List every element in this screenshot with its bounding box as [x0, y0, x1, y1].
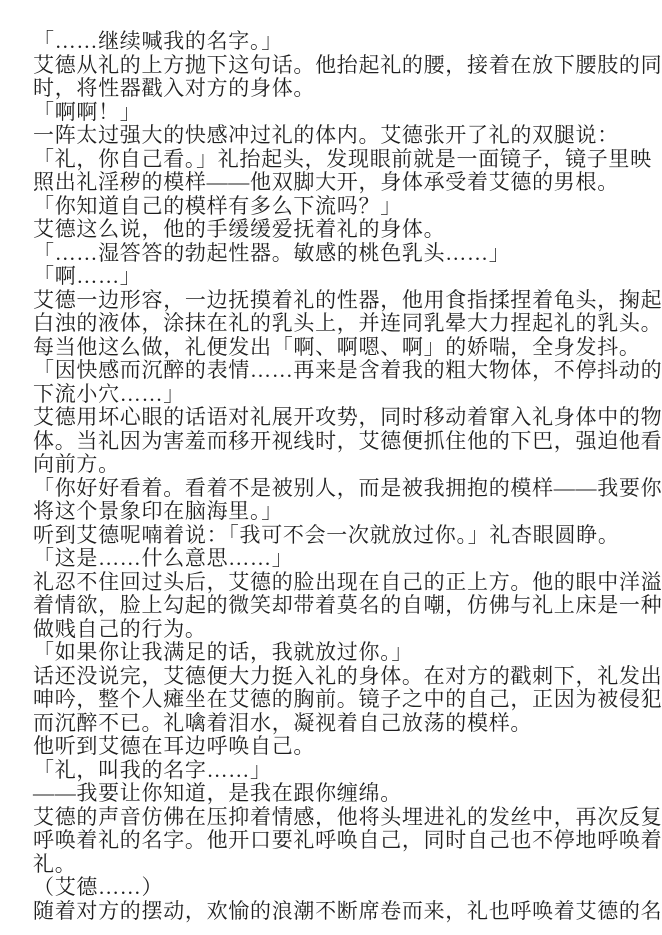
text-line-5: 一阵太过强大的快感冲过礼的体内。艾德张开了礼的双腿说：	[33, 124, 646, 148]
text-line-24: 礼忍不住回过头后，艾德的脸出现在自己的正上方。他的眼中洋溢	[33, 571, 646, 595]
text-line-26: 做贱自己的行为。	[33, 618, 646, 642]
text-line-13: 白浊的液体，涂抹在礼的乳头上，并连同乳晕大力捏起礼的乳头。	[33, 312, 646, 336]
text-line-37: （艾德……）	[33, 876, 646, 900]
text-line-19: 向前方。	[33, 453, 646, 477]
text-line-3: 时，将性器戳入对方的身体。	[33, 77, 646, 101]
text-line-36: 礼。	[33, 853, 646, 877]
text-line-28: 话还没说完，艾德便大力挺入礼的身体。在对方的戳刺下，礼发出	[33, 665, 646, 689]
text-line-32: 「礼，叫我的名字……」	[33, 759, 646, 783]
text-block: 「……继续喊我的名字。」艾德从礼的上方抛下这句话。他抬起礼的腰，接着在放下腰肢的…	[33, 30, 646, 923]
text-line-20: 「你好好看着。看着不是被别人，而是被我拥抱的模样——我要你	[33, 477, 646, 501]
text-line-21: 将这个景象印在脑海里。」	[33, 500, 646, 524]
text-line-30: 而沉醉不已。礼噙着泪水，凝视着自己放荡的模样。	[33, 712, 646, 736]
text-line-27: 「如果你让我满足的话，我就放过你。」	[33, 641, 646, 665]
text-line-12: 艾德一边形容，一边抚摸着礼的性器，他用食指揉捏着龟头，掬起	[33, 289, 646, 313]
text-line-7: 照出礼淫秽的模样——他双脚大开，身体承受着艾德的男根。	[33, 171, 646, 195]
text-line-14: 每当他这么做，礼便发出「啊、啊嗯、啊」的娇喘，全身发抖。	[33, 336, 646, 360]
text-line-25: 着情欲，脸上勾起的微笑却带着莫名的自嘲，仿佛与礼上床是一种	[33, 594, 646, 618]
text-line-23: 「这是……什么意思……」	[33, 547, 646, 571]
document-page: 「……继续喊我的名字。」艾德从礼的上方抛下这句话。他抬起礼的腰，接着在放下腰肢的…	[0, 0, 662, 935]
text-line-1: 「……继续喊我的名字。」	[33, 30, 646, 54]
text-line-16: 下流小穴……」	[33, 383, 646, 407]
text-line-17: 艾德用坏心眼的话语对礼展开攻势，同时移动着窜入礼身体中的物	[33, 406, 646, 430]
text-line-38: 随着对方的摆动，欢愉的浪潮不断席卷而来，礼也呼唤着艾德的名	[33, 900, 646, 924]
text-line-29: 呻吟，整个人瘫坐在艾德的胸前。镜子之中的自己，正因为被侵犯	[33, 688, 646, 712]
text-line-10: 「……湿答答的勃起性器。敏感的桃色乳头……」	[33, 242, 646, 266]
text-line-8: 「你知道自己的模样有多么下流吗？」	[33, 195, 646, 219]
text-line-35: 呼唤着礼的名字。他开口要礼呼唤自己，同时自己也不停地呼唤着	[33, 829, 646, 853]
text-line-11: 「啊……」	[33, 265, 646, 289]
text-line-6: 「礼，你自己看。」礼抬起头，发现眼前就是一面镜子，镜子里映	[33, 148, 646, 172]
text-line-18: 体。当礼因为害羞而移开视线时，艾德便抓住他的下巴，强迫他看	[33, 430, 646, 454]
text-line-31: 他听到艾德在耳边呼唤自己。	[33, 735, 646, 759]
text-line-9: 艾德这么说，他的手缓缓爱抚着礼的身体。	[33, 218, 646, 242]
text-line-4: 「啊啊！」	[33, 101, 646, 125]
text-line-2: 艾德从礼的上方抛下这句话。他抬起礼的腰，接着在放下腰肢的同	[33, 54, 646, 78]
text-line-15: 「因快感而沉醉的表情……再来是含着我的粗大物体，不停抖动的	[33, 359, 646, 383]
text-line-33: ——我要让你知道，是我在跟你缠绵。	[33, 782, 646, 806]
text-line-22: 听到艾德呢喃着说：「我可不会一次就放过你。」礼杏眼圆睁。	[33, 524, 646, 548]
text-line-34: 艾德的声音仿佛在压抑着情感，他将头埋进礼的发丝中，再次反复	[33, 806, 646, 830]
